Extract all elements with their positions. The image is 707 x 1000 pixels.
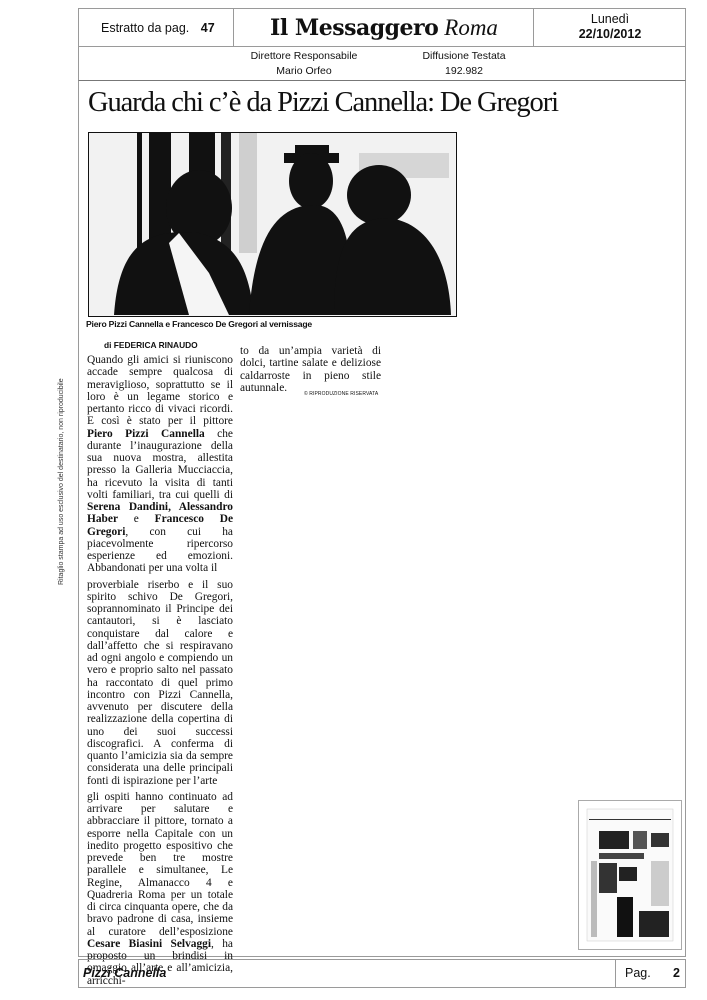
masthead: Il MessaggeroRoma — [234, 9, 534, 47]
header-top-row: Estratto da pag. 47 Il MessaggeroRoma Lu… — [78, 8, 686, 47]
article-column-1: Quando gli amici si riuniscono accade se… — [87, 354, 233, 987]
byline: di FEDERICA RINAUDO — [104, 340, 198, 350]
circulation-value: 192.982 — [389, 64, 539, 79]
paragraph: gli ospiti hanno continuato ad arrivare … — [87, 791, 233, 987]
footer-topic: Pizzi Cannella — [83, 966, 166, 980]
director-label: Direttore Responsabile — [229, 49, 379, 64]
paragraph: to da un’ampia varietà di dolci, tartine… — [240, 345, 381, 394]
article-photo — [88, 132, 457, 317]
text: e — [118, 513, 155, 525]
footer-page-number: 2 — [673, 966, 680, 980]
footer-page-label: Pag. — [625, 966, 651, 980]
director-block: Direttore Responsabile Mario Orfeo — [229, 49, 379, 79]
paragraph: Quando gli amici si riuniscono accade se… — [87, 354, 233, 575]
newspaper-page-icon — [579, 801, 681, 949]
copyright-notice: © RIPRODUZIONE RISERVATA — [304, 391, 378, 397]
masthead-city: Roma — [444, 15, 498, 40]
header-meta-row: Direttore Responsabile Mario Orfeo Diffu… — [78, 46, 686, 81]
reproduction-notice: Ritaglio stampa ad uso esclusivo del des… — [58, 378, 65, 585]
footer: Pizzi Cannella Pag. 2 — [78, 959, 686, 988]
text: Quando gli amici si riuniscono accade se… — [87, 354, 233, 427]
date-block: Lunedì 22/10/2012 — [534, 12, 686, 42]
weekday: Lunedì — [534, 12, 686, 27]
text: gli ospiti hanno continuato ad arrivare … — [87, 791, 233, 938]
circulation-block: Diffusione Testata 192.982 — [389, 49, 539, 79]
article-headline: Guarda chi c’è da Pizzi Cannella: De Gre… — [88, 87, 558, 119]
director-name: Mario Orfeo — [229, 64, 379, 79]
issue-date: 22/10/2012 — [534, 27, 686, 42]
photo-caption: Piero Pizzi Cannella e Francesco De Greg… — [86, 319, 312, 329]
extract-page: 47 — [201, 21, 215, 35]
paragraph: proverbiale riserbo e il suo spirito sch… — [87, 579, 233, 787]
circulation-label: Diffusione Testata — [389, 49, 539, 64]
extract-label: Estratto da pag. — [101, 21, 189, 35]
photo-image-icon — [89, 133, 455, 315]
divider — [615, 960, 616, 987]
person-name: Piero Pizzi Cannella — [87, 428, 205, 440]
article-column-2: to da un’ampia varietà di dolci, tartine… — [240, 345, 381, 394]
person-name: Cesare Biasini Selvaggi — [87, 938, 211, 950]
masthead-name: Il Messaggero — [270, 15, 438, 41]
page-thumbnail[interactable] — [578, 800, 682, 950]
extract-info: Estratto da pag. 47 — [101, 21, 215, 35]
